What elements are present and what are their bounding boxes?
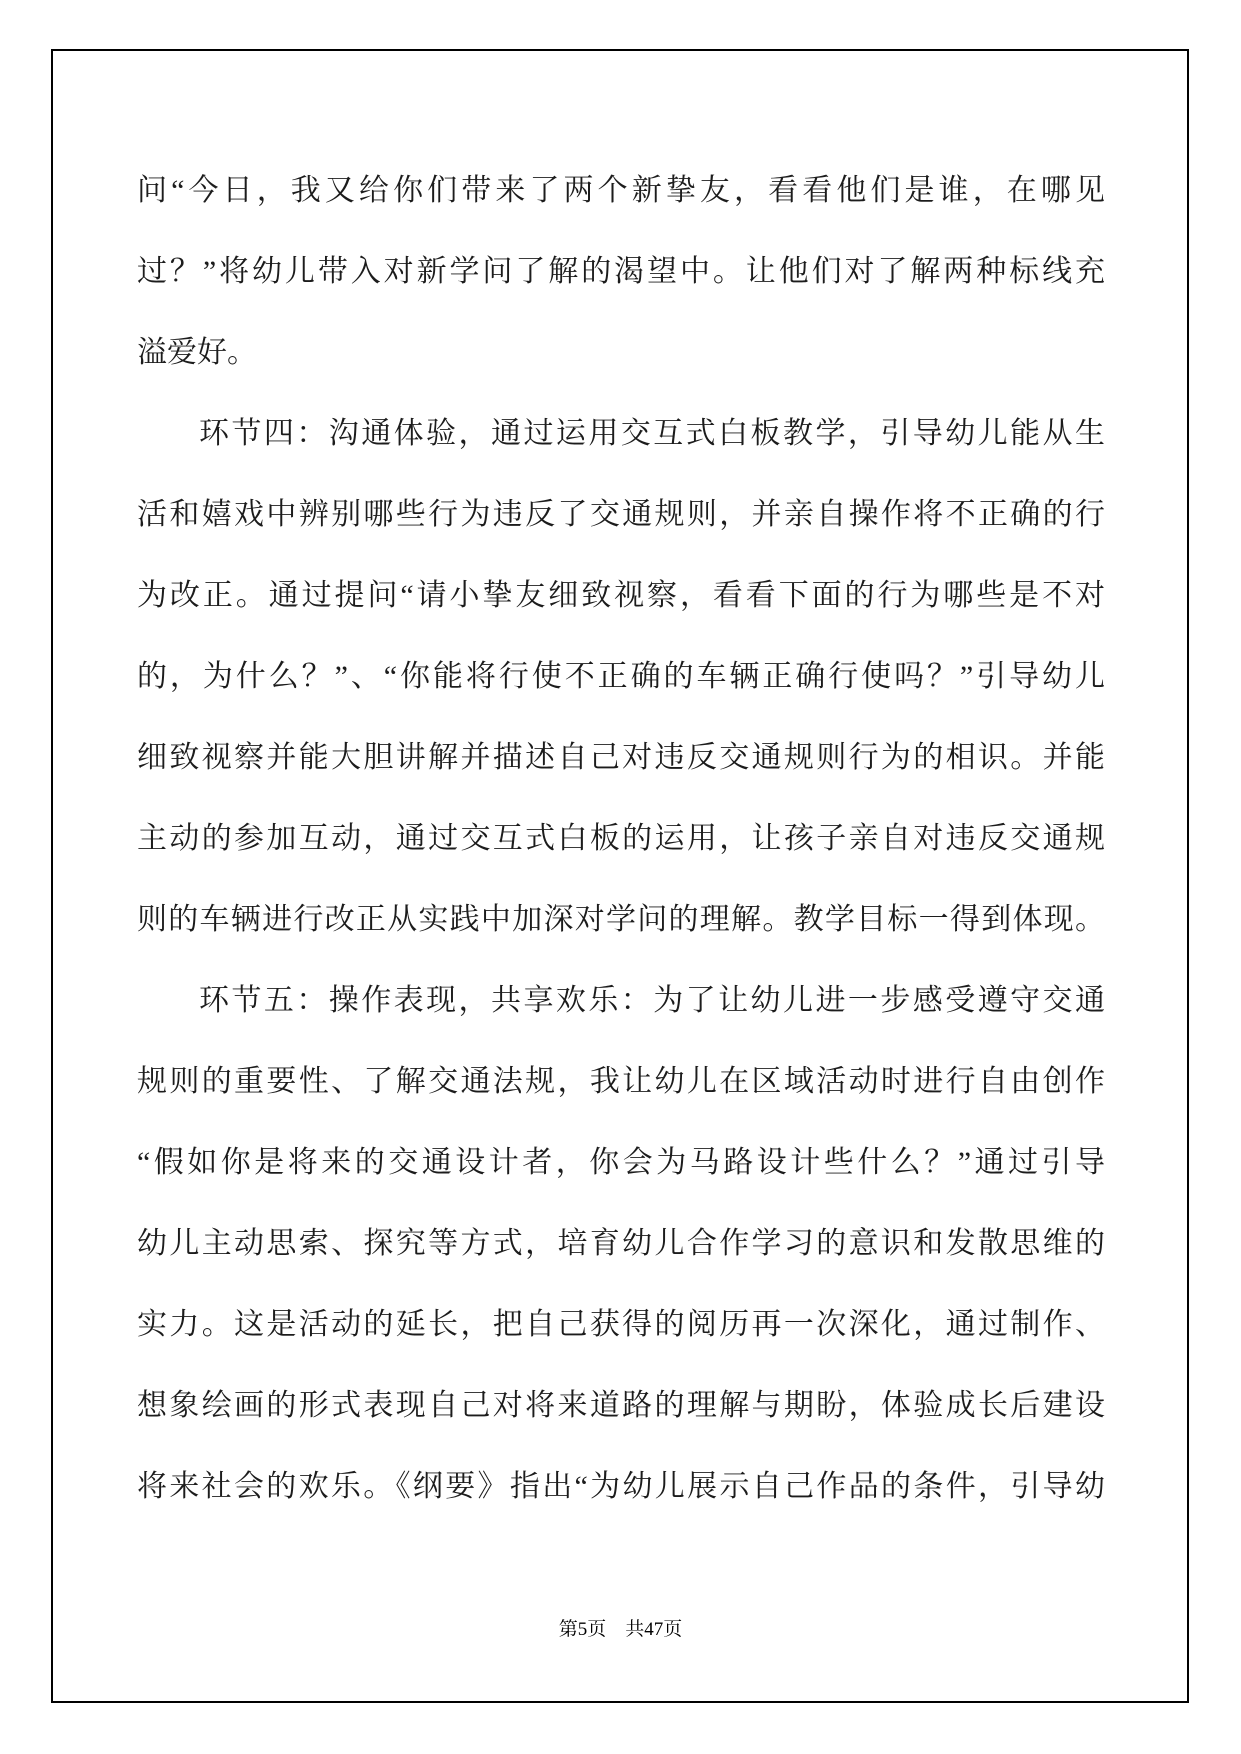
text-block: 问“今日，我又给你们带来了两个新挚友，看看他们是谁，在哪见过？”将幼儿带入对新学… xyxy=(137,150,1105,1527)
text-line: 则的车辆进行改正从实践中加深对学问的理解。教学目标一得到体现。 xyxy=(137,879,1105,960)
text-line: 规则的重要性、了解交通法规，我让幼儿在区域活动时进行自由创作 xyxy=(137,1041,1105,1122)
document-page: { "document": { "lines": [ { "text": "问“… xyxy=(0,0,1241,1754)
text-line: 环节五：操作表现，共享欢乐：为了让幼儿进一步感受遵守交通 xyxy=(137,960,1105,1041)
text-line: 问“今日，我又给你们带来了两个新挚友，看看他们是谁，在哪见 xyxy=(137,150,1105,231)
text-line: 幼儿主动思索、探究等方式，培育幼儿合作学习的意识和发散思维的 xyxy=(137,1203,1105,1284)
text-line: 环节四：沟通体验，通过运用交互式白板教学，引导幼儿能从生 xyxy=(137,393,1105,474)
text-line: 溢爱好。 xyxy=(137,312,1105,393)
text-line: 实力。这是活动的延长，把自己获得的阅历再一次深化，通过制作、 xyxy=(137,1284,1105,1365)
page-footer: 第5页 共47页 xyxy=(0,1616,1241,1644)
text-line: “假如你是将来的交通设计者，你会为马路设计些什么？”通过引导 xyxy=(137,1122,1105,1203)
text-line: 细致视察并能大胆讲解并描述自己对违反交通规则行为的相识。并能 xyxy=(137,717,1105,798)
text-line: 的，为什么？”、“你能将行使不正确的车辆正确行使吗？”引导幼儿 xyxy=(137,636,1105,717)
text-line: 过？”将幼儿带入对新学问了解的渴望中。让他们对了解两种标线充 xyxy=(137,231,1105,312)
text-line: 活和嬉戏中辨别哪些行为违反了交通规则，并亲自操作将不正确的行 xyxy=(137,474,1105,555)
text-line: 将来社会的欢乐。《纲要》指出“为幼儿展示自己作品的条件，引导幼 xyxy=(137,1446,1105,1527)
text-line: 想象绘画的形式表现自己对将来道路的理解与期盼，体验成长后建设 xyxy=(137,1365,1105,1446)
text-line: 主动的参加互动，通过交互式白板的运用，让孩子亲自对违反交通规 xyxy=(137,798,1105,879)
text-line: 为改正。通过提问“请小挚友细致视察，看看下面的行为哪些是不对 xyxy=(137,555,1105,636)
